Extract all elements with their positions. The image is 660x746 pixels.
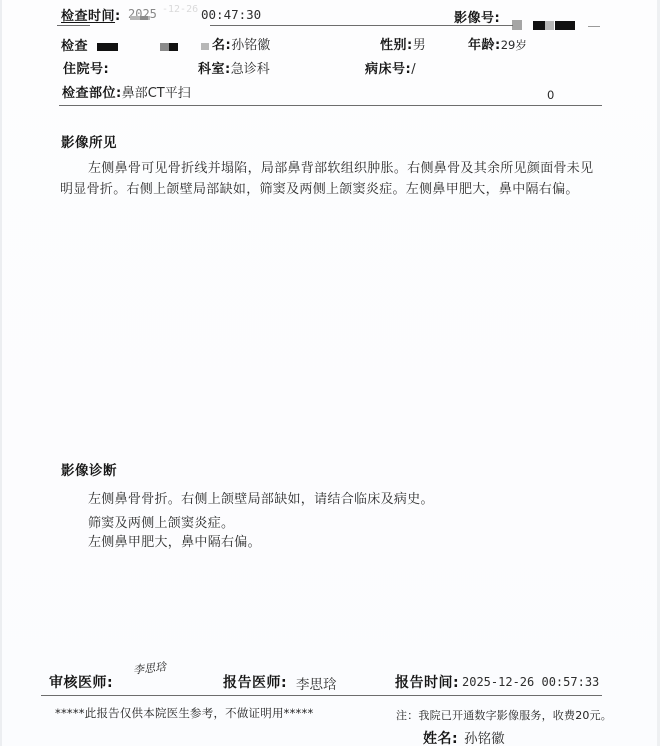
reporter-label: 报告医师 xyxy=(223,675,281,691)
medical-report-page: 检查时间: 2025 -12-26 00:47:30 影像号: 检查 名:孙铭徽… xyxy=(0,0,660,746)
patient-name-value: 孙铭徽 xyxy=(464,731,505,746)
redaction-block xyxy=(512,20,522,30)
diagnosis-line-3: 左侧鼻甲肥大，鼻中隔右偏。 xyxy=(88,531,261,550)
reporter-value: 李思琀 xyxy=(296,673,337,693)
diagnosis-line-1: 左侧鼻骨骨折。右侧上颌壁局部缺如，请结合临床及病史。 xyxy=(88,488,434,507)
findings-text: 左侧鼻骨可见骨折线并塌陷，局部鼻背部软组织肿胀。右侧鼻骨及其余所见颜面骨未见明显… xyxy=(60,158,605,200)
bed-number-value: / xyxy=(411,62,415,77)
digital-imaging-note: 注：我院已开通数字影像服务，收费20元。 xyxy=(396,707,612,723)
redaction-block xyxy=(169,43,178,51)
report-time-sep: : xyxy=(453,675,459,691)
exam-time-field: 检查时间: xyxy=(61,5,121,24)
redaction-block xyxy=(545,21,554,30)
redaction-block xyxy=(140,16,148,20)
name-field: 名:孙铭徽 xyxy=(212,34,270,53)
age-label: 年龄 xyxy=(468,38,495,53)
report-time-field: 报告时间: xyxy=(395,672,459,692)
sex-label: 性别 xyxy=(380,38,407,53)
reviewer-sep: : xyxy=(107,675,113,691)
bed-number-field: 病床号:/ xyxy=(365,58,416,77)
exam-time-sep: : xyxy=(115,9,121,24)
report-time-value: 2025-12-26 00:57:33 xyxy=(462,675,599,689)
redaction-block xyxy=(201,43,209,50)
report-time-label: 报告时间 xyxy=(395,675,453,691)
header-rule-left xyxy=(57,25,90,26)
name-value: 孙铭徽 xyxy=(231,38,270,53)
age-value: 29岁 xyxy=(501,38,527,52)
scan-edge-left xyxy=(0,0,2,746)
inpatient-number-sep: : xyxy=(104,62,110,77)
sex-value: 男 xyxy=(413,38,426,53)
reviewer-signature: 李思琀 xyxy=(132,658,166,677)
patient-name-sep: : xyxy=(452,731,458,746)
exam-site-value: 鼻部CT平扫 xyxy=(122,86,191,101)
inpatient-number-label: 住院号 xyxy=(63,62,104,77)
header-rule-right xyxy=(210,25,513,26)
age-field: 年龄:29岁 xyxy=(468,34,527,53)
exam-time-label: 检查时间 xyxy=(61,9,115,24)
dash-mark xyxy=(588,26,600,27)
header-bottom-rule xyxy=(59,105,602,106)
exam-number-label: 检查 xyxy=(61,35,88,54)
bed-number-label: 病床号 xyxy=(365,62,406,77)
exam-time-date-faded: -12-26 xyxy=(162,4,198,15)
reporter-sep: : xyxy=(281,675,287,691)
redaction-block xyxy=(533,21,545,30)
diagnosis-title: 影像诊断 xyxy=(61,459,117,479)
reporter-field: 报告医师: xyxy=(223,672,287,692)
footer-rule xyxy=(41,695,602,696)
count-value: 0 xyxy=(547,88,554,102)
reviewer-label: 审核医师 xyxy=(49,675,107,691)
image-number-sep: : xyxy=(495,11,501,26)
exam-time-clock: 00:47:30 xyxy=(201,7,261,22)
name-label: 名 xyxy=(212,38,226,53)
disclaimer-text: *****此报告仅供本院医生参考，不做证明用***** xyxy=(55,705,313,721)
redaction-block xyxy=(555,21,575,30)
department-label: 科室 xyxy=(198,62,225,77)
findings-body: 左侧鼻骨可见骨折线并塌陷，局部鼻背部软组织肿胀。右侧鼻骨及其余所见颜面骨未见明显… xyxy=(60,158,605,200)
department-field: 科室:急诊科 xyxy=(198,58,270,77)
patient-name-footer: 姓名:孙铭徽 xyxy=(423,727,505,746)
exam-site-field: 检查部位:鼻部CT平扫 xyxy=(62,82,191,101)
diagnosis-line-2: 筛窦及两侧上颌窦炎症。 xyxy=(88,512,234,531)
image-number-label: 影像号 xyxy=(454,11,495,26)
image-number-field: 影像号: xyxy=(454,7,500,26)
inpatient-number-field: 住院号: xyxy=(63,58,109,77)
redaction-block xyxy=(97,43,118,51)
exam-site-label: 检查部位 xyxy=(62,86,116,101)
patient-name-label: 姓名 xyxy=(423,731,452,746)
sex-field: 性别:男 xyxy=(380,34,426,53)
findings-title: 影像所见 xyxy=(61,131,117,151)
reviewer-field: 审核医师: xyxy=(49,672,113,692)
department-value: 急诊科 xyxy=(231,62,270,77)
